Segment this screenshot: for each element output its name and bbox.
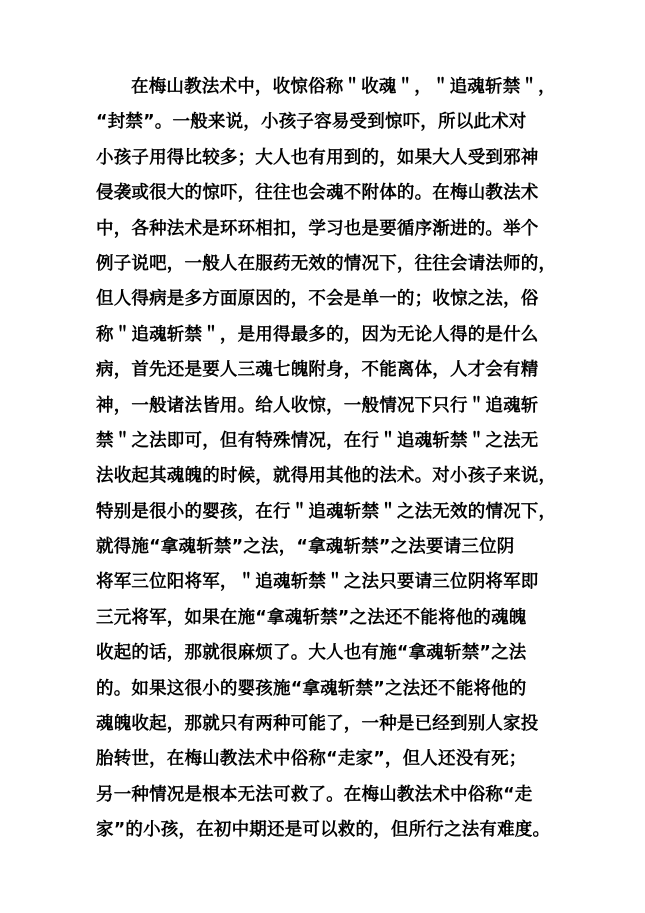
paragraph-line: 但人得病是多方面原因的，不会是单一的；收惊之法，俗 xyxy=(96,282,566,317)
paragraph-line: 神，一般诸法皆用。给人收惊，一般情况下只行＂追魂斩 xyxy=(96,389,566,424)
paragraph-line: 特别是很小的婴孩，在行＂追魂斩禁＂之法无效的情况下， xyxy=(96,495,566,530)
paragraph-line: 侵袭或很大的惊吓，往往也会魂不附体的。在梅山教法术 xyxy=(96,176,566,211)
paragraph-line: 小孩子用得比较多；大人也有用到的，如果大人受到邪神 xyxy=(96,141,566,176)
paragraph: 在梅山教法术中，收惊俗称＂收魂＂，＂追魂斩禁＂， “封禁”。一般来说，小孩子容易… xyxy=(96,70,566,849)
paragraph-line: 胎转世，在梅山教法术中俗称“走家”，但人还没有死； xyxy=(96,742,566,777)
paragraph-line: 就得施“拿魂斩禁”之法，“拿魂斩禁”之法要请三位阴 xyxy=(96,530,566,565)
paragraph-line: 法收起其魂魄的时候，就得用其他的法术。对小孩子来说， xyxy=(96,459,566,494)
paragraph-line: 中，各种法术是环环相扣，学习也是要循序渐进的。举个 xyxy=(96,212,566,247)
paragraph-line: 禁＂之法即可，但有特殊情况，在行＂追魂斩禁＂之法无 xyxy=(96,424,566,459)
paragraph-line: 称＂追魂斩禁＂，是用得最多的，因为无论人得的是什么 xyxy=(96,318,566,353)
paragraph-line: 另一种情况是根本无法可救了。在梅山教法术中俗称“走 xyxy=(96,778,566,813)
paragraph-line: “封禁”。一般来说，小孩子容易受到惊吓，所以此术对 xyxy=(96,105,566,140)
paragraph-line: 家”的小孩，在初中期还是可以救的，但所行之法有难度。 xyxy=(96,813,566,848)
paragraph-line: 在梅山教法术中，收惊俗称＂收魂＂，＂追魂斩禁＂， xyxy=(96,70,566,105)
document-page: 在梅山教法术中，收惊俗称＂收魂＂，＂追魂斩禁＂， “封禁”。一般来说，小孩子容易… xyxy=(0,0,645,913)
paragraph-line: 的。如果这很小的婴孩施“拿魂斩禁”之法还不能将他的 xyxy=(96,672,566,707)
paragraph-line: 三元将军，如果在施“拿魂斩禁”之法还不能将他的魂魄 xyxy=(96,601,566,636)
paragraph-line: 例子说吧，一般人在服药无效的情况下，往往会请法师的， xyxy=(96,247,566,282)
paragraph-line: 将军三位阳将军，＂追魂斩禁＂之法只要请三位阴将军即 xyxy=(96,565,566,600)
paragraph-line: 病，首先还是要人三魂七魄附身，不能离体，人才会有精 xyxy=(96,353,566,388)
paragraph-line: 魂魄收起，那就只有两种可能了，一种是已经到别人家投 xyxy=(96,707,566,742)
paragraph-line: 收起的话，那就很麻烦了。大人也有施“拿魂斩禁”之法 xyxy=(96,636,566,671)
